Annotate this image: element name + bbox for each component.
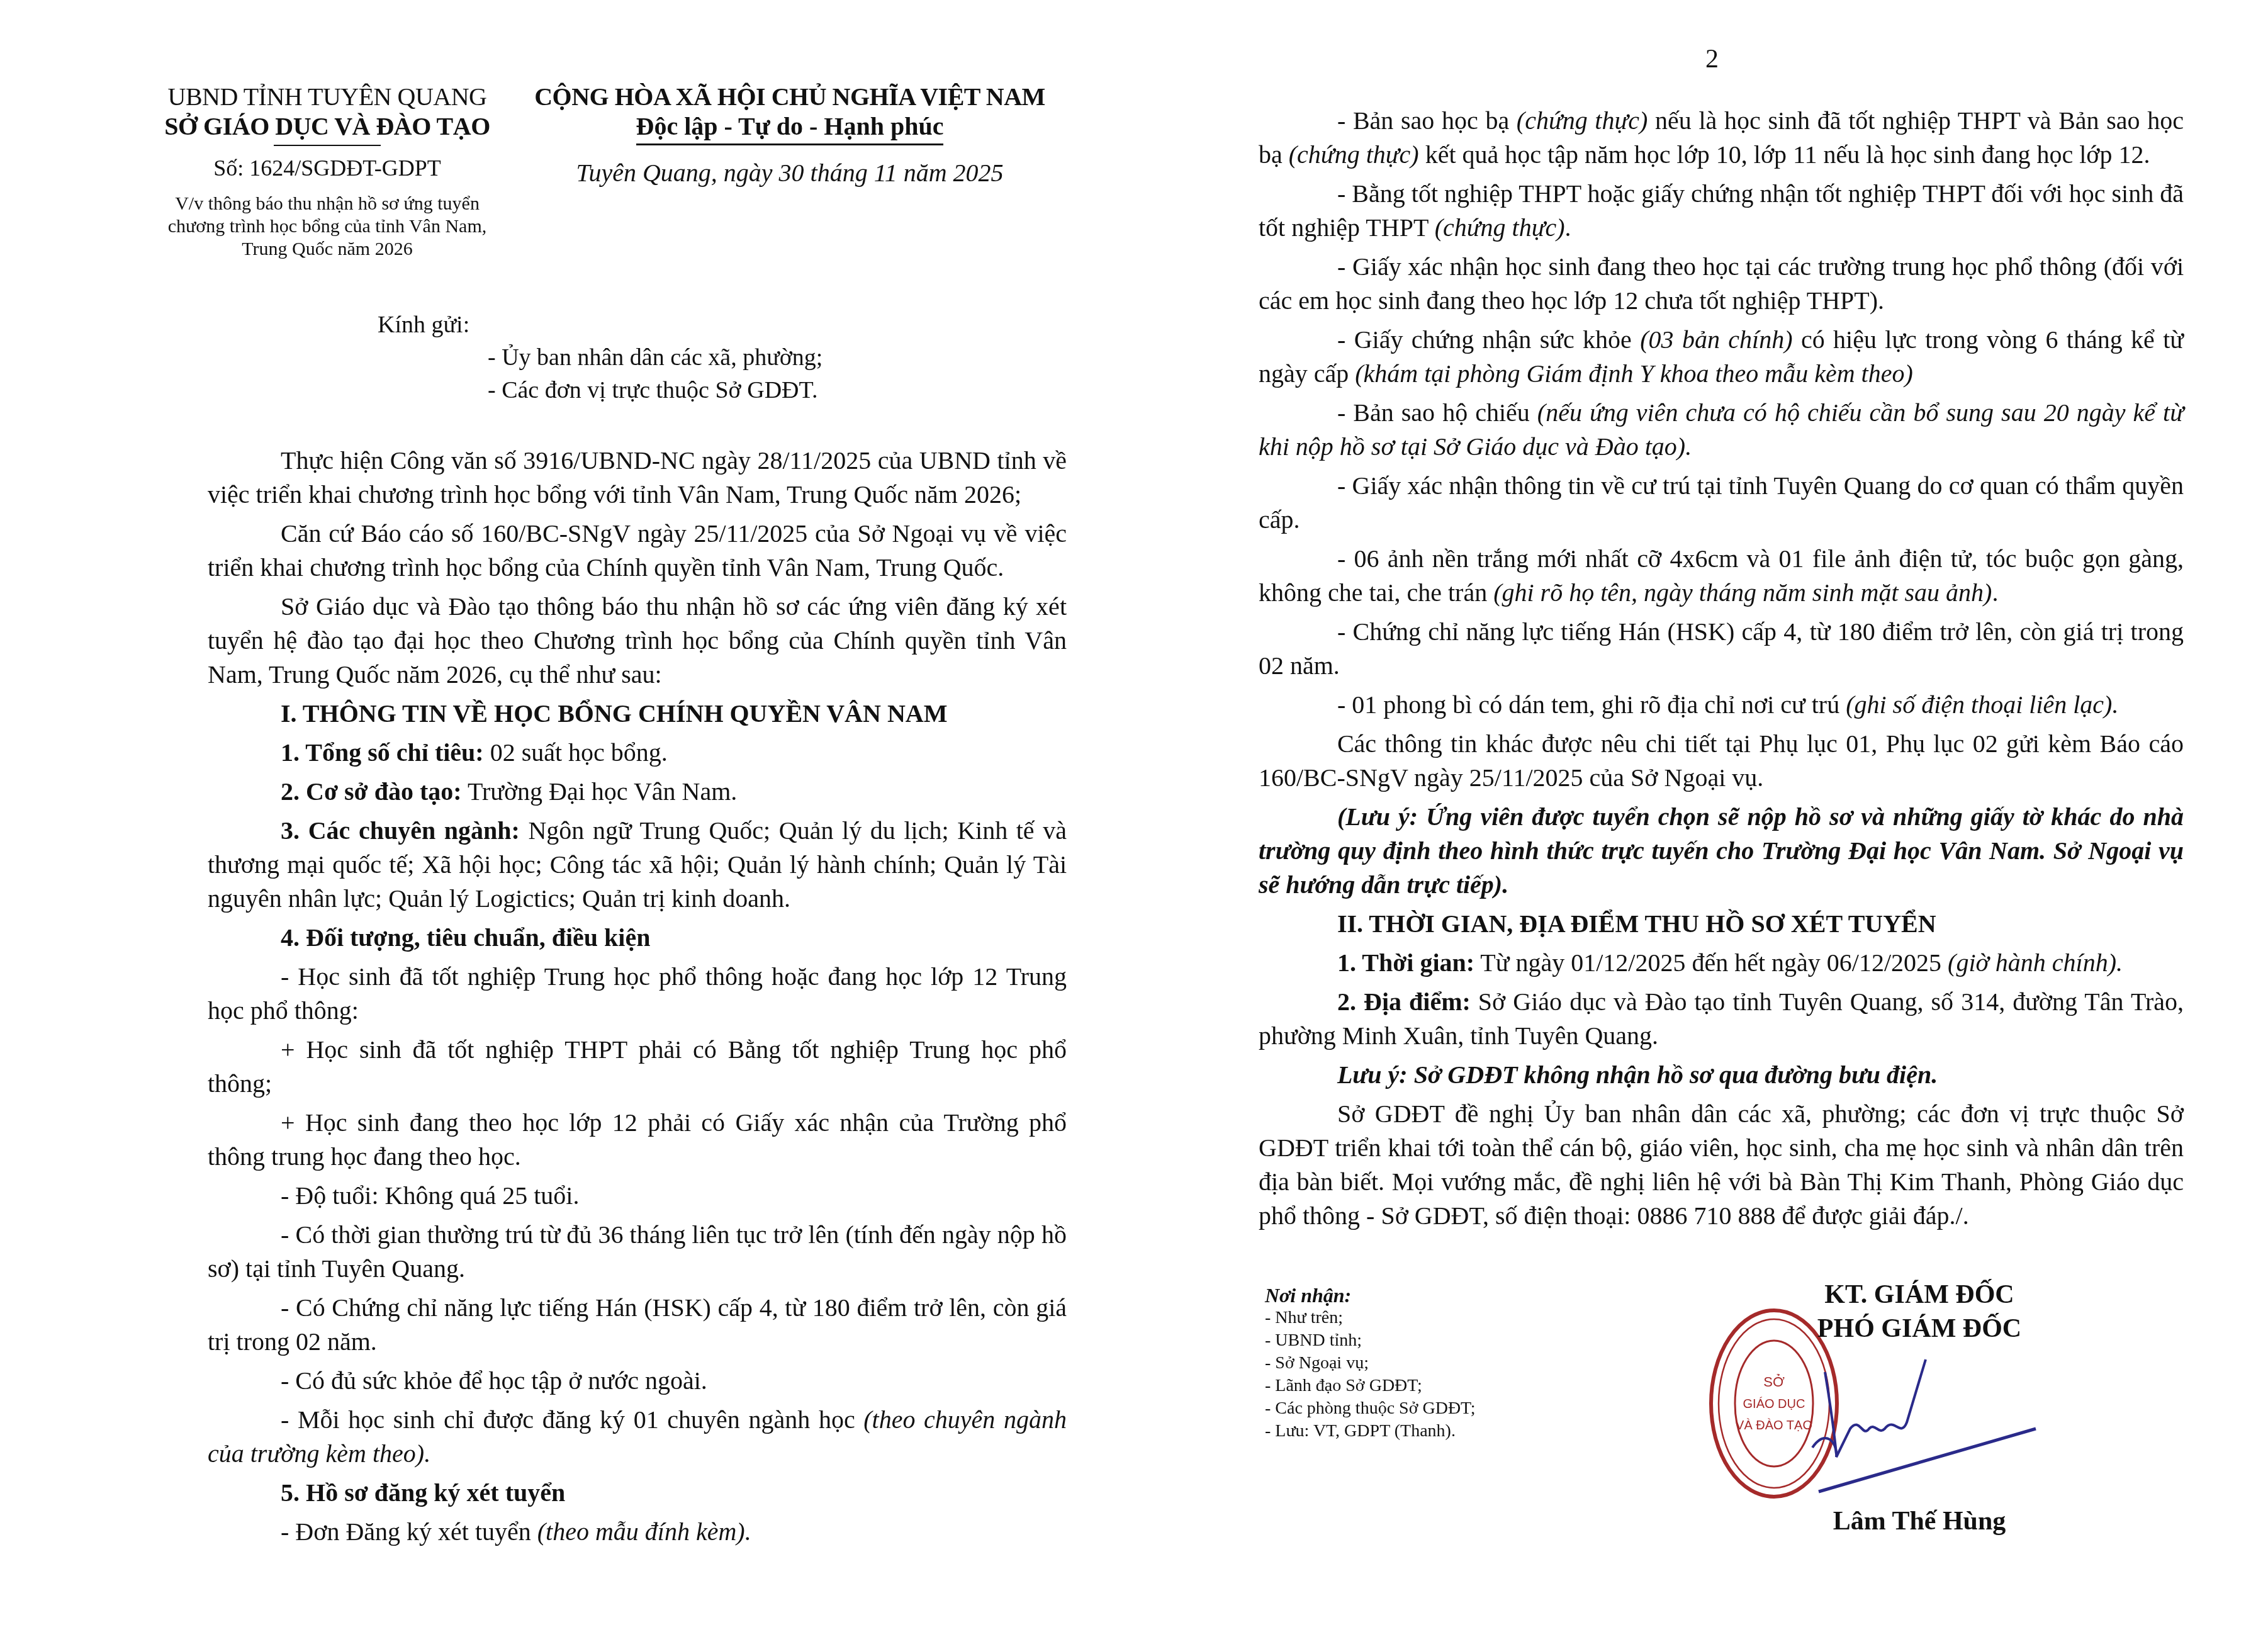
list-item: - Giấy chứng nhận sức khỏe (03 bản chính… (1259, 323, 2184, 391)
document-number: Số: 1624/SGDĐT-GDPT (151, 155, 503, 181)
list-item: - Có Chứng chỉ năng lực tiếng Hán (HSK) … (208, 1291, 1067, 1359)
signature-block: KT. GIÁM ĐỐC PHÓ GIÁM ĐỐC Lâm Thế Hùng (1775, 1278, 2064, 1536)
issuer-authority: UBND TỈNH TUYÊN QUANG (151, 82, 503, 111)
list-item: - Có thời gian thường trú từ đủ 36 tháng… (208, 1218, 1067, 1286)
distribution-item: - Sở Ngoại vụ; (1265, 1352, 1475, 1375)
paragraph: 1. Thời gian: Từ ngày 01/12/2025 đến hết… (1259, 946, 2184, 980)
recipients-label: Kính gửi: (378, 308, 822, 341)
list-item: - Mỗi học sinh chỉ được đăng ký 01 chuyê… (208, 1403, 1067, 1471)
list-item: - Độ tuổi: Không quá 25 tuổi. (208, 1179, 1067, 1213)
list-item: - Đơn Đăng ký xét tuyển (theo mẫu đính k… (208, 1515, 1067, 1549)
signer-position: PHÓ GIÁM ĐỐC (1775, 1312, 2064, 1346)
list-item: - Giấy xác nhận thông tin về cư trú tại … (1259, 469, 2184, 537)
paragraph: 2. Địa điểm: Sở Giáo dục và Đào tạo tỉnh… (1259, 985, 2184, 1053)
distribution-list: Nơi nhận: - Như trên; - UBND tỉnh; - Sở … (1265, 1284, 1475, 1443)
list-item: - 01 phong bì có dán tem, ghi rõ địa chỉ… (1259, 688, 2184, 722)
body-page-2: - Bản sao học bạ (chứng thực) nếu là học… (1259, 104, 2184, 1238)
section-heading: II. THỜI GIAN, ĐỊA ĐIỂM THU HỒ SƠ XÉT TU… (1259, 907, 2184, 941)
subsection-heading: 5. Hồ sơ đăng ký xét tuyển (208, 1476, 1067, 1510)
list-item: - Bằng tốt nghiệp THPT hoặc giấy chứng n… (1259, 177, 2184, 245)
signer-name: Lâm Thế Hùng (1775, 1506, 2064, 1536)
distribution-item: - Lưu: VT, GDPT (Thanh). (1265, 1420, 1475, 1443)
note: (Lưu ý: Ứng viên được tuyển chọn sẽ nộp … (1259, 800, 2184, 902)
list-item: - Bản sao học bạ (chứng thực) nếu là học… (1259, 104, 2184, 172)
nation-name: CỘNG HÒA XÃ HỘI CHỦ NGHĨA VIỆT NAM (522, 82, 1057, 111)
list-item: - Học sinh đã tốt nghiệp Trung học phổ t… (208, 960, 1067, 1028)
paragraph: 2. Cơ sở đào tạo: Trường Đại học Vân Nam… (208, 775, 1067, 809)
recipient-item: - Các đơn vị trực thuộc Sở GDĐT. (378, 374, 822, 407)
list-item: - Có đủ sức khỏe để học tập ở nước ngoài… (208, 1364, 1067, 1398)
list-item: + Học sinh đã tốt nghiệp THPT phải có Bằ… (208, 1033, 1067, 1101)
subsection-heading: 4. Đối tượng, tiêu chuẩn, điều kiện (208, 921, 1067, 955)
note: Lưu ý: Sở GDĐT không nhận hồ sơ qua đườn… (1259, 1058, 2184, 1092)
paragraph: Sở Giáo dục và Đào tạo thông báo thu nhậ… (208, 590, 1067, 692)
distribution-item: - Lãnh đạo Sở GDĐT; (1265, 1375, 1475, 1397)
distribution-title: Nơi nhận: (1265, 1284, 1475, 1307)
recipients: Kính gửi: - Ủy ban nhân dân các xã, phườ… (378, 308, 822, 407)
issuer-block: UBND TỈNH TUYÊN QUANG SỞ GIÁO DỤC VÀ ĐÀO… (151, 82, 503, 261)
recipient-item: - Ủy ban nhân dân các xã, phường; (378, 341, 822, 374)
closing-paragraph: Sở GDĐT đề nghị Ủy ban nhân dân các xã, … (1259, 1097, 2184, 1233)
list-item: - 06 ảnh nền trắng mới nhất cỡ 4x6cm và … (1259, 542, 2184, 610)
distribution-item: - UBND tỉnh; (1265, 1329, 1475, 1352)
body-page-1: Thực hiện Công văn số 3916/UBND-NC ngày … (208, 444, 1067, 1554)
section-heading: I. THÔNG TIN VỀ HỌC BỔNG CHÍNH QUYỀN VÂN… (208, 697, 1067, 731)
document-subject: V/v thông báo thu nhận hồ sơ ứng tuyển c… (151, 193, 503, 261)
divider (274, 145, 381, 146)
documents-list: - Bản sao học bạ (chứng thực) nếu là học… (1259, 104, 2184, 722)
national-header: CỘNG HÒA XÃ HỘI CHỦ NGHĨA VIỆT NAM Độc l… (522, 82, 1057, 188)
place-date: Tuyên Quang, ngày 30 tháng 11 năm 2025 (522, 158, 1057, 188)
page-number: 2 (1705, 44, 1719, 74)
list-item: + Học sinh đang theo học lớp 12 phải có … (208, 1106, 1067, 1174)
distribution-item: - Như trên; (1265, 1307, 1475, 1329)
list-item: - Bản sao hộ chiếu (nếu ứng viên chưa có… (1259, 396, 2184, 464)
distribution-item: - Các phòng thuộc Sở GDĐT; (1265, 1397, 1475, 1420)
paragraph: 3. Các chuyên ngành: Ngôn ngữ Trung Quốc… (208, 814, 1067, 916)
paragraph: Các thông tin khác được nêu chi tiết tại… (1259, 727, 2184, 795)
list-item: - Chứng chỉ năng lực tiếng Hán (HSK) cấp… (1259, 615, 2184, 683)
paragraph: Căn cứ Báo cáo số 160/BC-SNgV ngày 25/11… (208, 517, 1067, 585)
page-1: UBND TỈNH TUYÊN QUANG SỞ GIÁO DỤC VÀ ĐÀO… (0, 0, 1134, 1632)
national-motto: Độc lập - Tự do - Hạnh phúc (636, 111, 944, 145)
signer-title: KT. GIÁM ĐỐC (1775, 1278, 2064, 1312)
paragraph: 1. Tổng số chỉ tiêu: 02 suất học bổng. (208, 736, 1067, 770)
issuer-department: SỞ GIÁO DỤC VÀ ĐÀO TẠO (151, 111, 503, 141)
paragraph: Thực hiện Công văn số 3916/UBND-NC ngày … (208, 444, 1067, 512)
list-item: - Giấy xác nhận học sinh đang theo học t… (1259, 250, 2184, 318)
